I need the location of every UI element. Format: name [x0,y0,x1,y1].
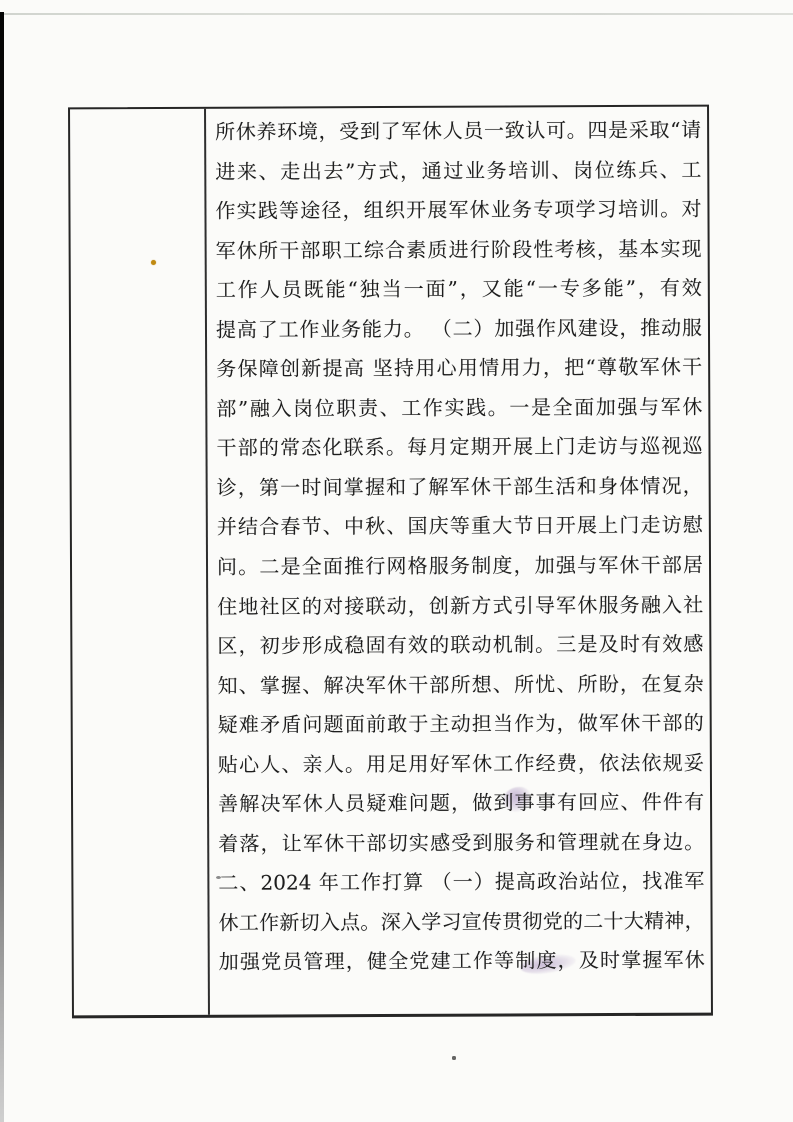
text-line: 着落，让军休干部切实感受到服务和管理就在身边。 [218,822,704,864]
text-line: 进来、走出去”方式，通过业务培训、岗位练兵、工 [215,150,701,192]
text-line: 所休养环境，受到了军休人员一致认可。四是采取“请 [215,111,701,153]
text-line: 问。二是全面推行网格服务制度，加强与军休干部居 [217,546,703,588]
text-line: 知、掌握、解决军休干部所想、所忧、所盼，在复杂 [217,664,703,706]
scan-left-edge-artifact [0,12,4,1122]
scanned-page: 所休养环境，受到了军休人员一致认可。四是采取“请进来、走出去”方式，通过业务培训… [0,0,793,1122]
scan-top-line-artifact [4,13,793,15]
text-line: 诊，第一时间掌握和了解军休干部生活和身体情况， [217,467,703,509]
text-line: 工作人员既能“独当一面”，又能“一专多能”，有效 [216,269,702,311]
text-line: 疑难矛盾问题面前敢于主动担当作为，做军休干部的 [218,704,704,746]
text-line: 加强党员管理，健全党建工作等制度，及时掌握军休 [219,941,705,983]
text-line: 提高了工作业务能力。 （二）加强作风建设，推动服 [216,308,702,350]
text-line: 贴心人、亲人。用足用好军休工作经费，依法依规妥 [218,743,704,785]
text-line: 善解决军休人员疑难问题，做到事事有回应、件件有 [218,783,704,825]
dark-speck-artifact [452,1056,456,1060]
text-line: 区，初步形成稳固有效的联动机制。三是及时有效感 [217,625,703,667]
text-line: 务保障创新提高 坚持用心用情用力，把“尊敬军休干 [216,348,702,390]
text-line: 住地社区的对接联动，创新方式引导军休服务融入社 [217,585,703,627]
form-table: 所休养环境，受到了军休人员一致认可。四是采取“请进来、走出去”方式，通过业务培训… [68,105,713,1019]
text-line: 作实践等途径，组织开展军休业务专项学习培训。对 [215,190,701,232]
text-line: 部”融入岗位职责、工作实践。一是全面加强与军休 [216,387,702,429]
text-line: 二、2024 年工作打算 （一）提高政治站位，找准军 [218,862,704,904]
text-line: 军休所干部职工综合素质进行阶段性考核，基本实现 [216,229,702,271]
text-line: 休工作新切入点。深入学习宣传贯彻党的二十大精神， [218,902,704,944]
text-lines-container: 所休养环境，受到了军休人员一致认可。四是采取“请进来、走出去”方式，通过业务培训… [215,111,705,983]
table-label-cell [70,109,210,1016]
table-content-cell: 所休养环境，受到了军休人员一致认可。四是采取“请进来、走出去”方式，通过业务培训… [206,107,711,1015]
text-line: 并结合春节、中秋、国庆等重大节日开展上门走访慰 [217,506,703,548]
text-line: 干部的常态化联系。每月定期开展上门走访与巡视巡 [216,427,702,469]
